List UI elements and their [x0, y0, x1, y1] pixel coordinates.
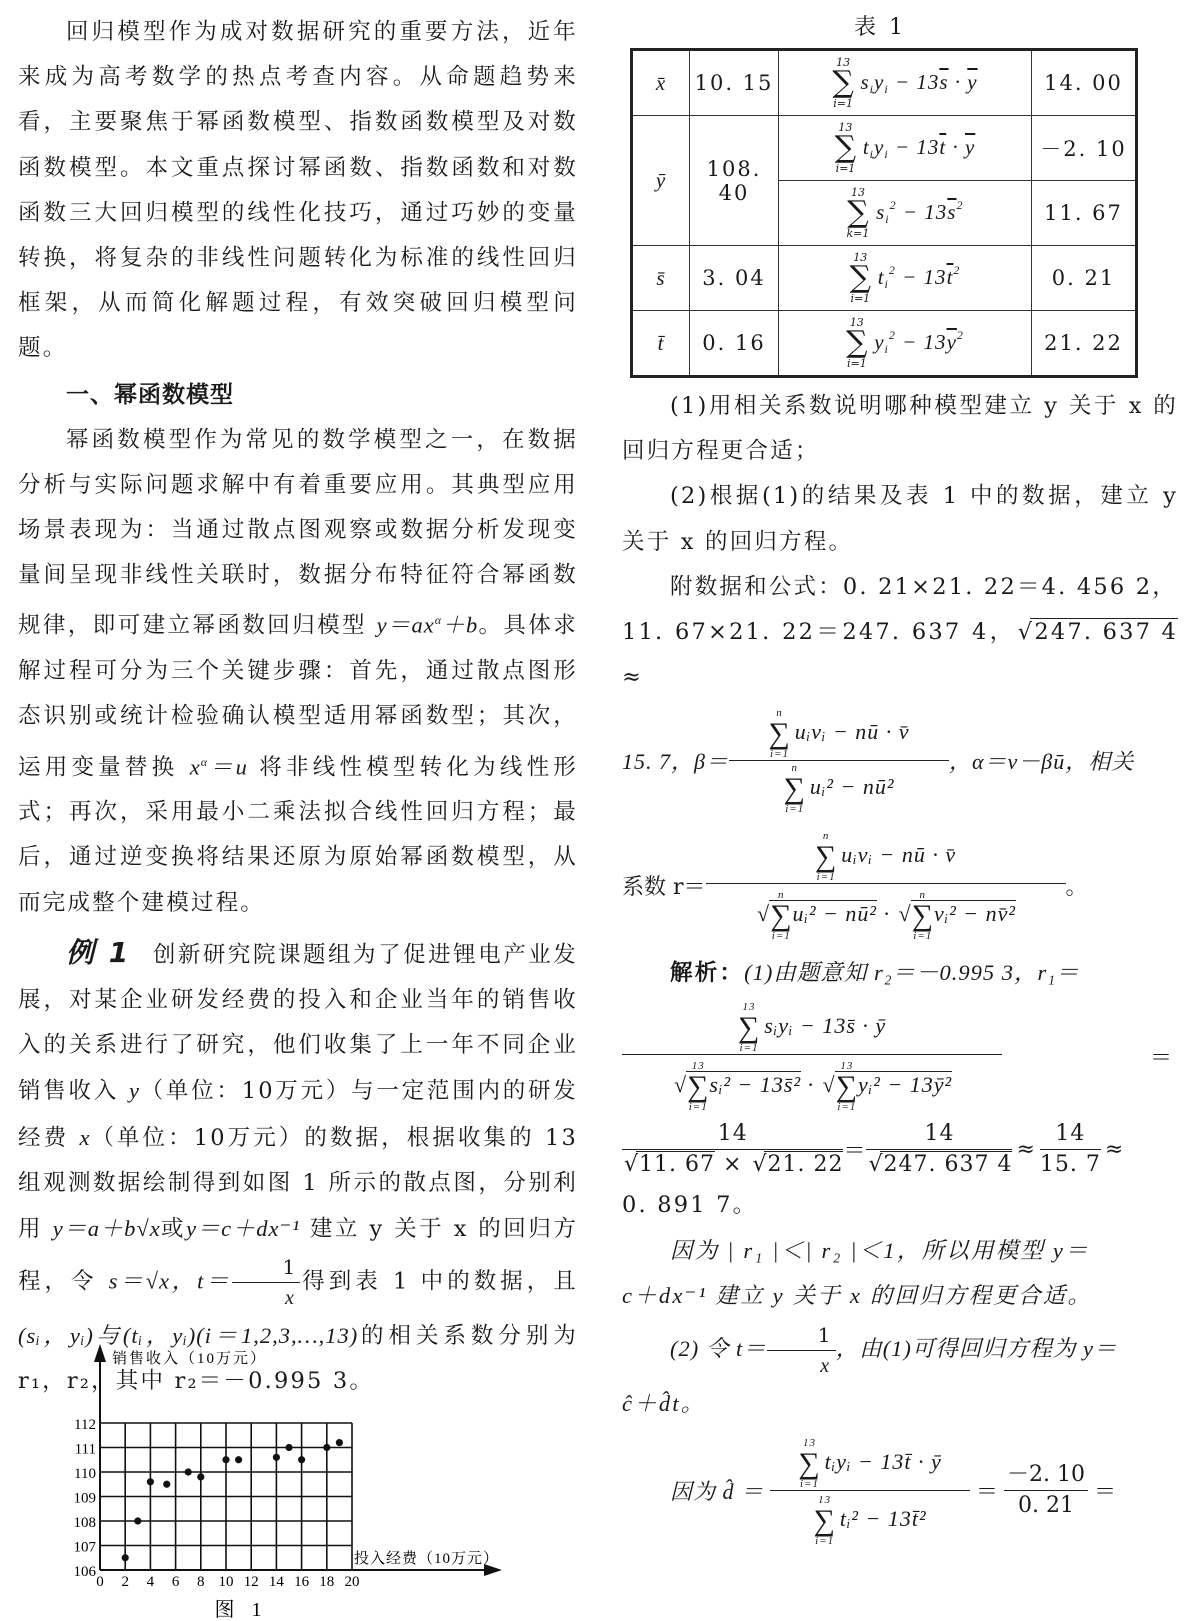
data-point	[222, 1456, 229, 1463]
x-tick-label: 14	[269, 1574, 285, 1590]
data-point	[323, 1444, 330, 1451]
scatter-chart: 10610710810911011111202468101214161820销售…	[56, 1340, 536, 1621]
data-point	[235, 1456, 242, 1463]
x-tick-label: 6	[172, 1574, 180, 1590]
part2-equation: ĉ＋d̂t。	[622, 1381, 1178, 1426]
table-row: t̄ 0. 16 13∑i=1 yi2 − 13y2 21. 22	[632, 311, 1137, 377]
data-point	[285, 1444, 292, 1451]
data-point	[122, 1554, 129, 1561]
table-row: s̄ 3. 04 13∑i=1 ti2 − 13t2 0. 21	[632, 246, 1137, 311]
y-tick-label: 107	[74, 1540, 97, 1556]
beta-formula: 15. 7，β＝ n∑i=1uᵢvᵢ − nū · v̄ n∑i=1uᵢ² − …	[622, 700, 1178, 820]
x-tick-label: 10	[219, 1574, 234, 1590]
y-tick-label: 109	[74, 1491, 97, 1507]
y-tick-label: 111	[75, 1442, 96, 1458]
r-formula: 系数 r＝ n∑i=1uᵢvᵢ − nū · v̄ n∑i=1uᵢ² − nū²…	[622, 820, 1178, 950]
data-table: x̄ 10. 15 13∑i=1 siyi − 13s · y 14. 00 ȳ…	[630, 48, 1138, 378]
part2-line: (2) 令 t＝1x，由(1)可得回归方程为 y＝	[622, 1318, 1178, 1381]
y-tick-label: 112	[74, 1417, 96, 1433]
section-title: 一、幂函数模型	[18, 372, 578, 418]
x-tick-label: 2	[121, 1574, 129, 1590]
x-tick-label: 4	[147, 1574, 155, 1590]
left-column: 回归模型作为成对数据研究的重要方法，近年来成为高考数学的热点考查内容。从命题趋势…	[18, 0, 578, 1405]
solution-line-1: 解析：(1)由题意知 r₂＝－0.995 3，r₁＝	[622, 950, 1178, 996]
x-tick-label: 0	[96, 1574, 104, 1590]
x-tick-label: 20	[345, 1574, 360, 1590]
y-axis-label: 销售收入（10万元）	[112, 1349, 267, 1367]
x-tick-label: 12	[244, 1574, 259, 1590]
table-row: ȳ 108. 40 13∑i=1 tiyi − 13t · y －2. 10	[632, 116, 1137, 181]
y-tick-label: 106	[74, 1564, 97, 1580]
data-point	[336, 1439, 343, 1446]
data-point	[134, 1517, 141, 1524]
data-point	[273, 1454, 280, 1461]
y-tick-label: 110	[74, 1466, 96, 1482]
data-point	[163, 1481, 170, 1488]
example-paragraph: 例 1创新研究院课题组为了促进锂电产业发展，对某企业研发经费的投入和企业当年的销…	[18, 930, 578, 1405]
section-paragraph: 幂函数模型作为常见的数学模型之一，在数据分析与实际问题求解中有着重要应用。其典型…	[18, 418, 578, 926]
data-point	[298, 1456, 305, 1463]
r1-calc: 1411. 67 × 21. 22 ＝ 14247. 637 4 ≈ 1415.…	[622, 1117, 1178, 1183]
x-tick-label: 16	[294, 1574, 310, 1590]
scatter-plot-svg: 10610710810911011111202468101214161820销售…	[56, 1340, 536, 1621]
dhat-formula: 因为 d̂ ＝ 13∑i=1tᵢyᵢ − 13t̄ · ȳ 13∑i=1tᵢ² …	[622, 1426, 1178, 1556]
r1-result: 0. 891 7。	[622, 1183, 1178, 1228]
appendix-line-2: 11. 67×21. 22＝247. 637 4，247. 637 4 ≈	[622, 610, 1178, 700]
r1-formula: 13∑i=1sᵢyᵢ − 13s̄ · ȳ 13∑i=1sᵢ² − 13s̄² …	[622, 997, 1178, 1117]
because-line-1: 因为 | r₁ |＜| r₂ |＜1，所以用模型 y＝	[622, 1228, 1178, 1273]
appendix-line-1: 附数据和公式：0. 21×21. 22＝4. 456 2，	[622, 565, 1178, 610]
data-point	[197, 1473, 204, 1480]
example-label: 例 1	[66, 936, 131, 969]
x-axis-label: 投入经费（10万元）	[354, 1549, 499, 1567]
x-tick-label: 8	[197, 1574, 205, 1590]
data-point	[147, 1478, 154, 1485]
table-row: x̄ 10. 15 13∑i=1 siyi − 13s · y 14. 00	[632, 50, 1137, 116]
question-1: (1)用相关系数说明哪种模型建立 y 关于 x 的回归方程更合适；	[622, 384, 1178, 474]
because-line-2: c＋dx⁻¹ 建立 y 关于 x 的回归方程更合适。	[622, 1273, 1178, 1318]
data-point	[185, 1468, 192, 1475]
x-tick-label: 18	[319, 1574, 334, 1590]
question-2: (2)根据(1)的结果及表 1 中的数据，建立 y 关于 x 的回归方程。	[622, 474, 1178, 564]
figure-caption: 图 1	[215, 1598, 268, 1621]
table-caption: 表 1	[622, 8, 1138, 48]
intro-paragraph: 回归模型作为成对数据研究的重要方法，近年来成为高考数学的热点考查内容。从命题趋势…	[18, 10, 578, 372]
right-column: 表 1 x̄ 10. 15 13∑i=1 siyi − 13s · y 14. …	[622, 0, 1178, 1556]
y-axis-arrow-icon	[94, 1344, 106, 1362]
y-tick-label: 108	[74, 1515, 97, 1531]
